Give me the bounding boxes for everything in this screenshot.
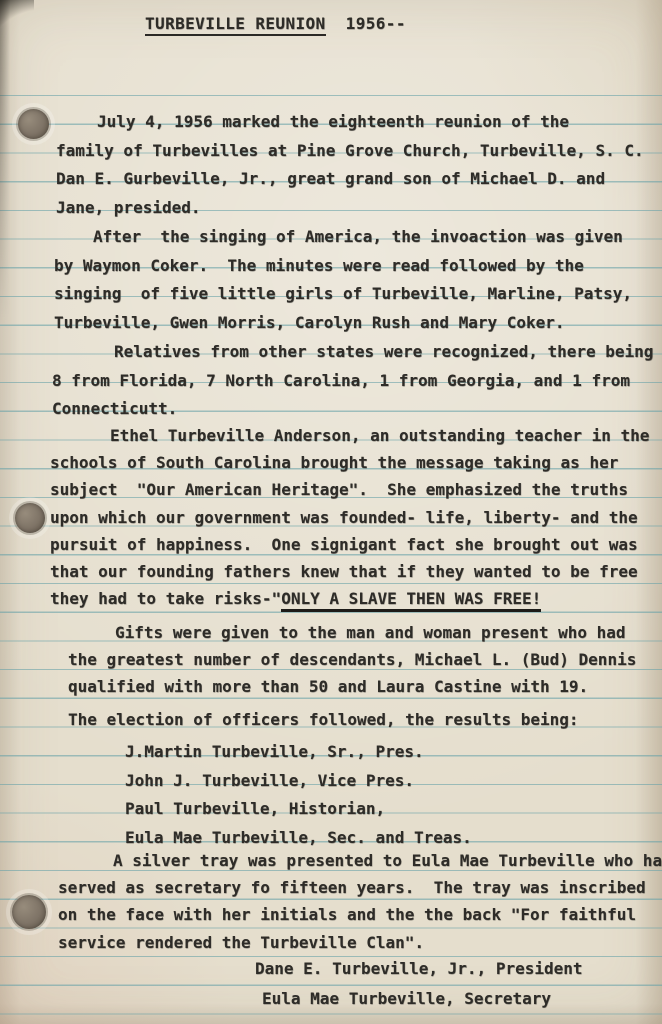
scan-edge-shadow-left xyxy=(0,0,10,360)
text-line: they had to take risks-"ONLY A SLAVE THE… xyxy=(50,585,649,612)
text-line: July 4, 1956 marked the eighteenth reuni… xyxy=(97,108,644,137)
text-line: subject "Our American Heritage". She emp… xyxy=(50,476,649,503)
text-line: on the face with her initials and the th… xyxy=(58,901,662,928)
hole-punch xyxy=(18,109,49,139)
text-line: Ethel Turbeville Anderson, an outstandin… xyxy=(110,422,649,449)
paragraph-opening: July 4, 1956 marked the eighteenth reuni… xyxy=(56,108,644,223)
text-line: upon which our government was founded- l… xyxy=(50,504,649,531)
text-line: singing of five little girls of Turbevil… xyxy=(54,280,632,309)
text-line: Connecticutt. xyxy=(52,395,653,424)
paragraph-relatives: Relatives from other states were recogni… xyxy=(52,338,653,424)
scan-corner-shadow-top-left xyxy=(0,0,34,110)
text-line: A silver tray was presented to Eula Mae … xyxy=(113,847,662,874)
hole-punch xyxy=(15,503,45,533)
officer-list: J.Martin Turbeville, Sr., Pres.John J. T… xyxy=(125,738,472,852)
title-year-text: 1956-- xyxy=(326,14,406,33)
text-line: pursuit of happiness. One signigant fact… xyxy=(50,531,649,558)
text-line: John J. Turbeville, Vice Pres. xyxy=(125,767,472,796)
text-line: After the singing of America, the invoac… xyxy=(93,223,632,252)
paragraph-message: Ethel Turbeville Anderson, an outstandin… xyxy=(50,422,649,612)
text-line: Dan E. Gurbeville, Jr., great grand son … xyxy=(56,165,644,194)
paragraph-silver-tray: A silver tray was presented to Eula Mae … xyxy=(58,847,662,956)
text-line: The election of officers followed, the r… xyxy=(68,706,579,735)
text-line: Paul Turbeville, Historian, xyxy=(125,795,472,824)
text-segment: they had to take risks-" xyxy=(50,589,281,608)
text-line: qualified with more than 50 and Laura Ca… xyxy=(68,673,636,700)
text-line: J.Martin Turbeville, Sr., Pres. xyxy=(125,738,472,767)
text-line: the greatest number of descendants, Mich… xyxy=(68,646,636,673)
scan-corner-shadow-top-right xyxy=(646,0,662,22)
underlined-phrase: ONLY A SLAVE THEN WAS FREE! xyxy=(281,589,541,612)
text-line: Jane, presided. xyxy=(56,194,644,223)
paragraph-election: The election of officers followed, the r… xyxy=(68,706,579,735)
text-line: served as secretary fo fifteen years. Th… xyxy=(58,874,662,901)
text-line: by Waymon Coker. The minutes were read f… xyxy=(54,252,632,281)
text-line: that our founding fathers knew that if t… xyxy=(50,558,649,585)
text-line: family of Turbevilles at Pine Grove Chur… xyxy=(56,137,644,166)
hole-punch xyxy=(12,895,46,929)
text-line: Turbeville, Gwen Morris, Carolyn Rush an… xyxy=(54,309,632,338)
signature-president: Dane E. Turbeville, Jr., President xyxy=(255,955,583,984)
paragraph-gifts: Gifts were given to the man and woman pr… xyxy=(68,619,636,700)
text-line: schools of South Carolina brought the me… xyxy=(50,449,649,476)
title-underlined-text: TURBEVILLE REUNION xyxy=(145,14,326,36)
scanned-document-page: TURBEVILLE REUNION 1956-- July 4, 1956 m… xyxy=(0,0,662,1024)
text-line: Eula Mae Turbeville, Secretary xyxy=(262,985,551,1014)
signature-secretary: Eula Mae Turbeville, Secretary xyxy=(262,985,551,1014)
text-line: 8 from Florida, 7 North Carolina, 1 from… xyxy=(52,367,653,396)
text-line: service rendered the Turbeville Clan". xyxy=(58,929,662,956)
text-line: Gifts were given to the man and woman pr… xyxy=(115,619,636,646)
text-line: Relatives from other states were recogni… xyxy=(114,338,653,367)
document-title: TURBEVILLE REUNION 1956-- xyxy=(145,12,406,36)
text-line: Dane E. Turbeville, Jr., President xyxy=(255,955,583,984)
paragraph-singing: After the singing of America, the invoac… xyxy=(54,223,632,338)
